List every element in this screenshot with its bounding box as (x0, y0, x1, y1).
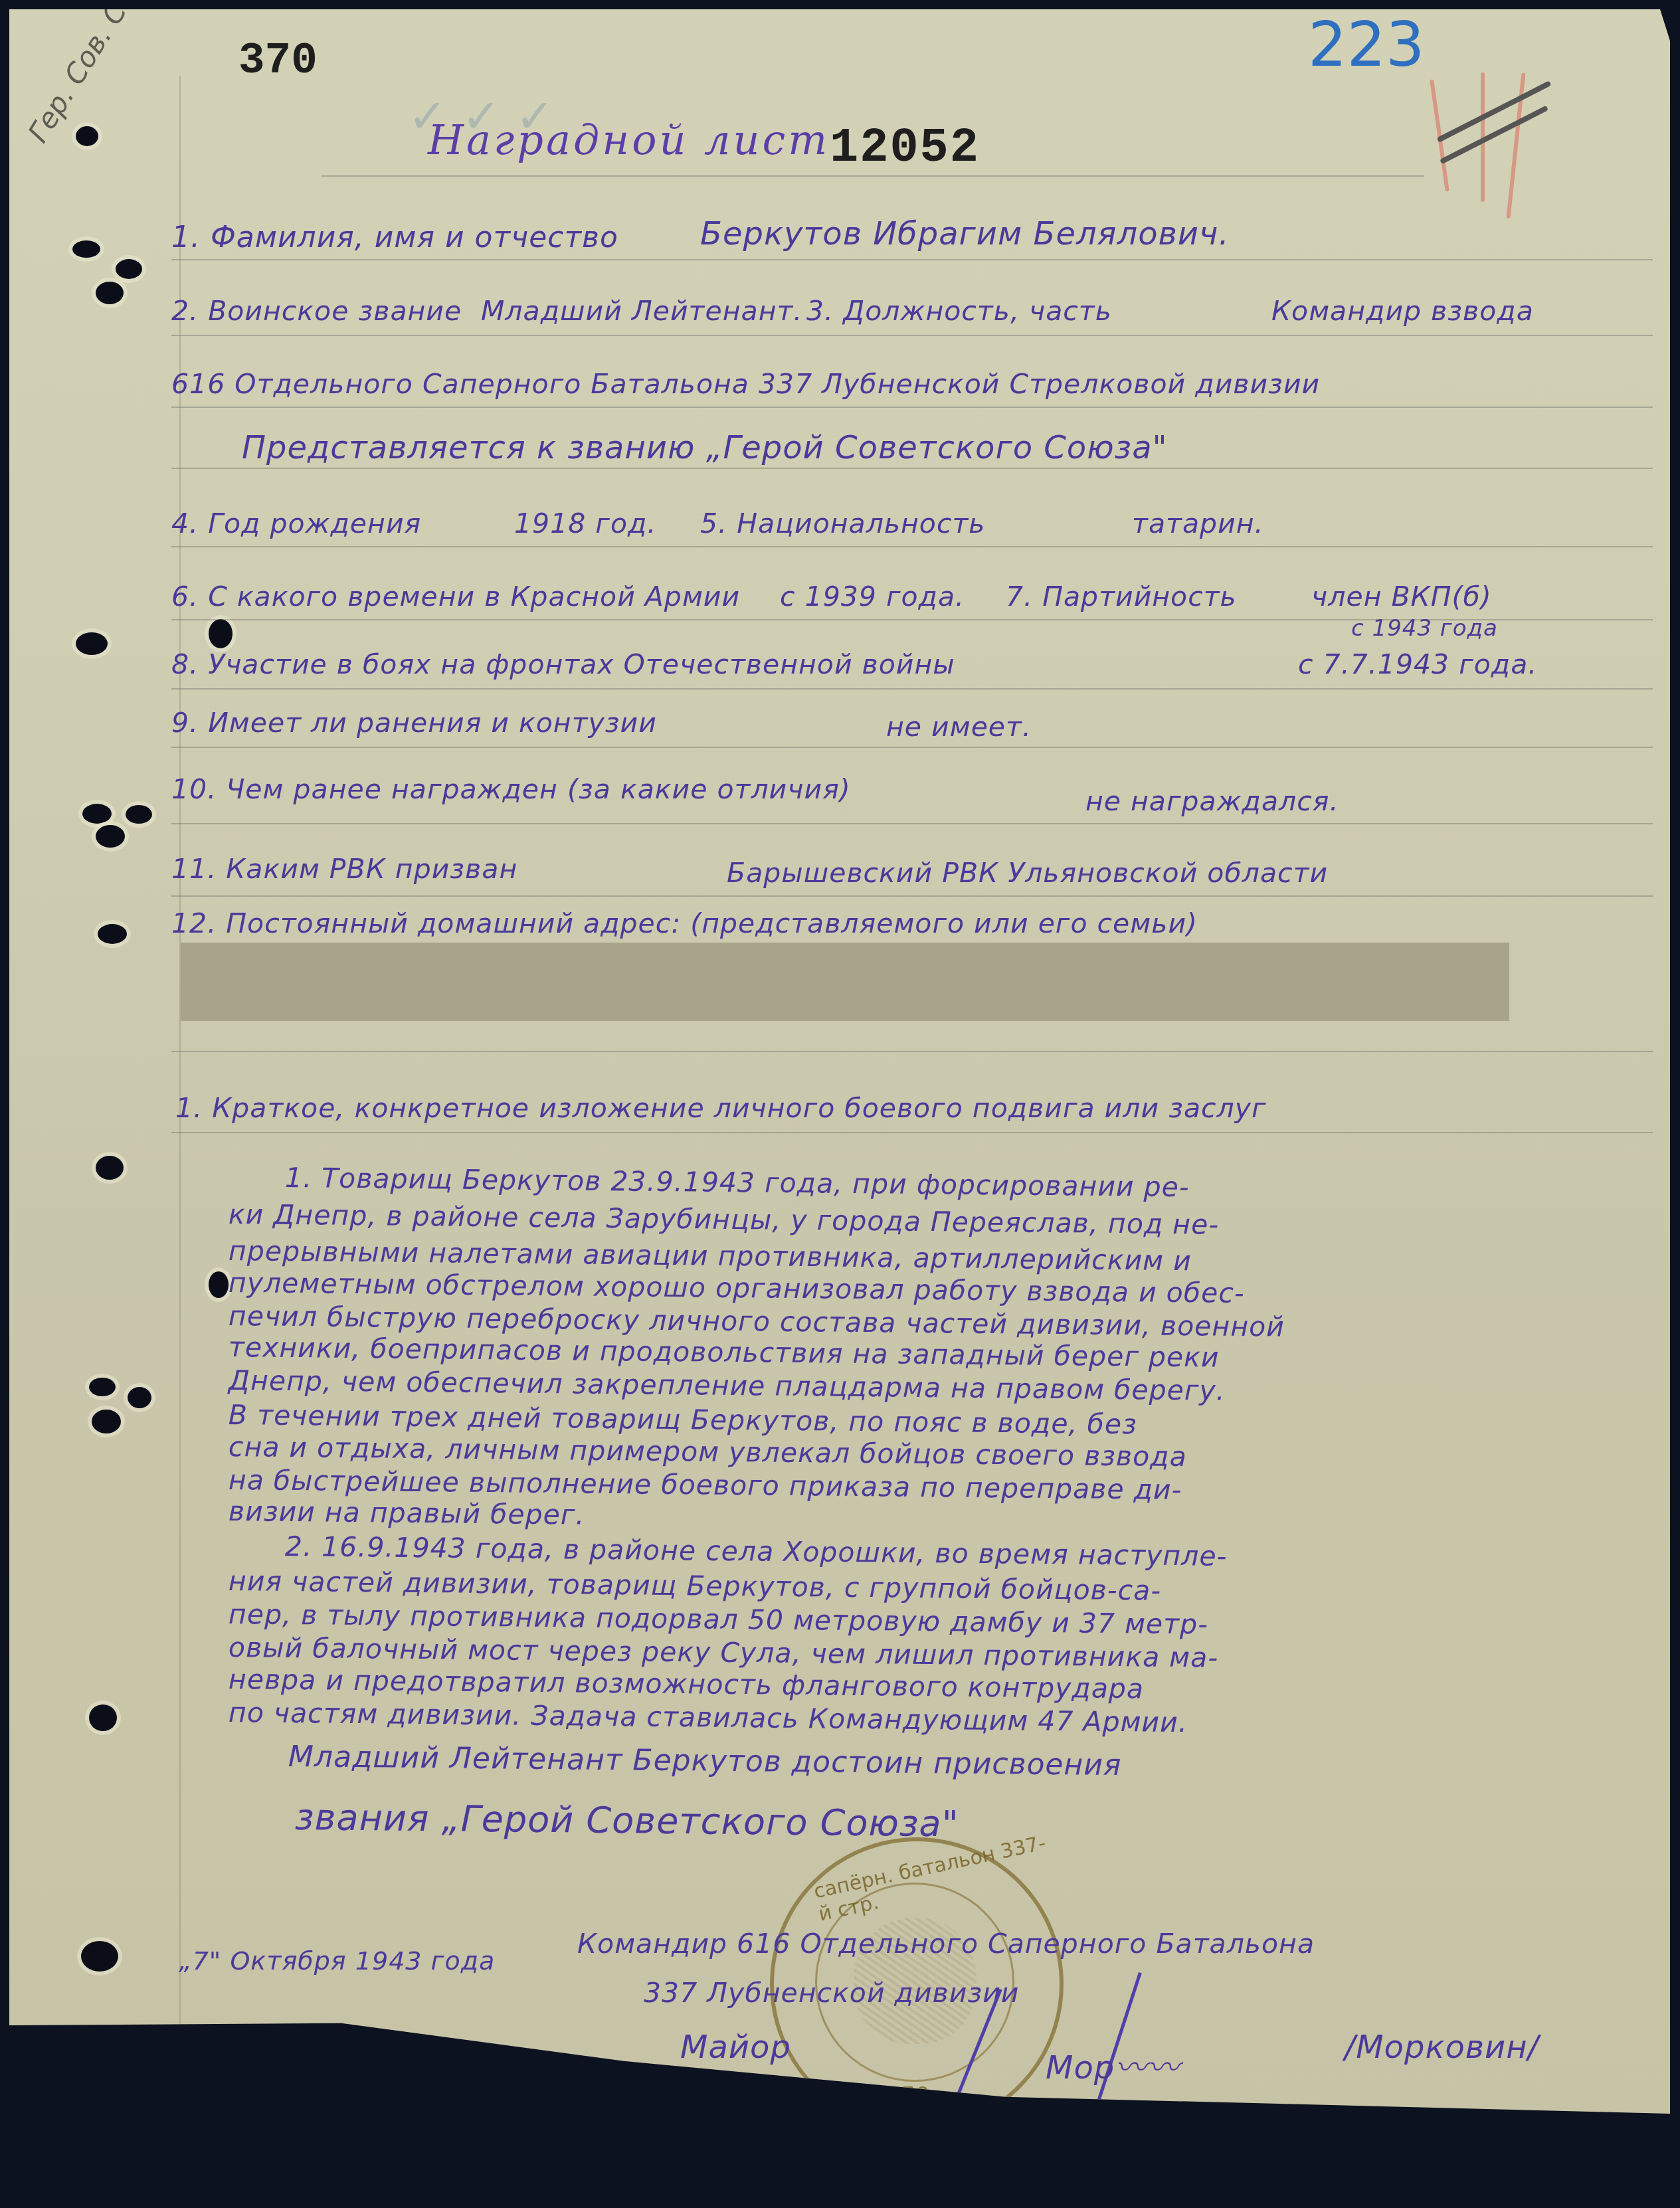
seal-text-bottom: 616 (887, 2080, 930, 2107)
form-line (171, 259, 1653, 260)
field-label-draft-office: 11. Каким РВК призван (171, 853, 517, 885)
punch-hole (128, 1387, 151, 1408)
form-line (171, 688, 1653, 690)
document-number: 12052 (830, 121, 980, 175)
field-label-wounds: 9. Имеет ли ранения и контузии (171, 707, 657, 739)
feat-line: Младший Лейтенант Беркутов достоин присв… (288, 1740, 1122, 1782)
form-line (171, 1051, 1653, 1052)
field-value-awards: не награждался. (1085, 785, 1339, 817)
award-sheet-paper: Гер. Сов. Союза 370 223 ✓ ✓ ✓ Наградной … (9, 9, 1670, 2114)
form-line (171, 747, 1653, 748)
field-value-nationality: татарин. (1132, 507, 1264, 539)
field-value-unit: 616 Отдельного Саперного Батальона 337 Л… (171, 368, 1320, 400)
field-label-army-since: 6. С какого времени в Красной Армии (171, 581, 740, 612)
punch-hole (96, 1156, 124, 1180)
punch-hole (96, 825, 125, 848)
punch-hole (98, 924, 127, 944)
form-line (171, 619, 1653, 620)
punch-hole (76, 126, 98, 146)
nomination-line: Представляется к званию „Герой Советског… (242, 429, 1168, 466)
punch-hole (92, 1410, 121, 1433)
punch-hole (126, 805, 152, 824)
punch-hole (209, 1271, 229, 1298)
field-label-address: 12. Постоянный домашний адрес: (представ… (171, 907, 1198, 939)
field-label-party: 7. Партийность (1006, 581, 1237, 612)
punch-hole (116, 259, 142, 279)
signer-title-line1: Командир 616 Отдельного Саперного Баталь… (577, 1928, 1315, 1960)
page-number: 223 (1308, 9, 1425, 80)
pencil-margin-note: Гер. Сов. Союза (21, 0, 171, 148)
punch-hole (72, 240, 100, 258)
form-line (171, 335, 1653, 336)
feat-line: 2. 16.9.1943 года, в районе села Хорошки… (285, 1530, 1228, 1572)
punch-hole (209, 619, 233, 648)
feat-line: ки Днепр, в районе села Зарубинцы, у гор… (229, 1198, 1220, 1241)
punch-hole (96, 282, 124, 304)
punch-hole (89, 1704, 117, 1731)
field-label-birth-year: 4. Год рождения (171, 507, 421, 539)
field-value-combat: с 7.7.1943 года. (1298, 648, 1537, 680)
feat-line: звания „Герой Советского Союза" (295, 1796, 959, 1845)
form-line (171, 895, 1653, 897)
feat-heading: 1. Краткое, конкретное изложение личного… (175, 1092, 1267, 1124)
field-value-birth-year: 1918 год. (514, 507, 656, 539)
punch-hole (76, 632, 108, 655)
document-title: Наградной лист (428, 116, 830, 164)
punch-hole (89, 1378, 116, 1396)
field-value-rank: Младший Лейтенант. (481, 295, 802, 327)
field-label-name: 1. Фамилия, имя и отчество (171, 221, 618, 254)
form-line (171, 823, 1653, 824)
feat-line: 1. Товарищ Беркутов 23.9.1943 года, при … (285, 1162, 1190, 1203)
punch-hole (81, 1941, 118, 1972)
field-value-position: Командир взвода (1271, 295, 1534, 327)
field-label-combat: 8. Участие в боях на фронтах Отечественн… (171, 648, 955, 680)
signer-title-line2: 337 Лубненской дивизии (644, 1977, 1019, 2009)
field-label-nationality: 5. Национальность (700, 507, 986, 539)
signer-rank: Майор (680, 2029, 791, 2066)
signing-date: „7" Октября 1943 года (179, 1946, 495, 1976)
signer-name: /Морковин/ (1345, 2029, 1539, 2066)
field-label-awards: 10. Чем ранее награжден (за какие отличи… (171, 773, 851, 805)
archive-number: 370 (238, 36, 318, 86)
form-line (171, 1132, 1653, 1133)
feat-line: визии на правый берег. (229, 1495, 585, 1531)
punch-hole (82, 804, 112, 824)
field-label-position: 3. Должность, часть (806, 295, 1112, 327)
field-value-draft-office: Барышевский РВК Ульяновской области (727, 857, 1328, 889)
form-line (322, 175, 1424, 177)
signature-scribble: Мор〰〰 (1046, 2042, 1180, 2088)
form-line (171, 407, 1653, 408)
field-value-name: Беркутов Ибрагим Белялович. (700, 215, 1230, 252)
form-line (171, 468, 1653, 469)
field-value-party: член ВКП(б) (1311, 581, 1492, 612)
redacted-address (181, 943, 1509, 1021)
form-line (171, 546, 1653, 547)
field-label-rank: 2. Воинское звание (171, 295, 462, 327)
field-value-wounds: не имеет. (886, 711, 1032, 743)
field-value-army-since: с 1939 года. (780, 581, 965, 612)
